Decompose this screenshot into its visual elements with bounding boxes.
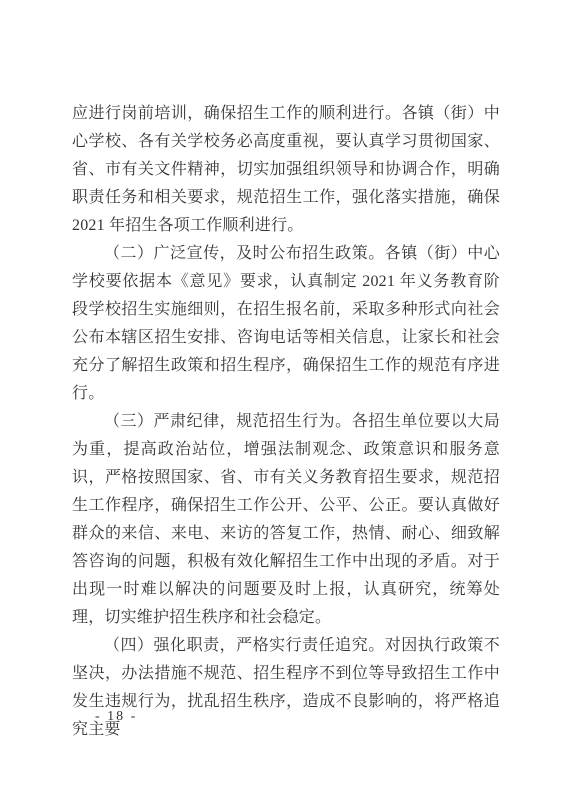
paragraph-continuation: 应进行岗前培训，确保招生工作的顺利进行。各镇（街）中心学校、各有关学校务必高度重… (72, 100, 500, 240)
paragraph-item-4: （四）强化职责，严格实行责任追究。对因执行政策不坚决，办法措施不规范、招生程序不… (72, 632, 500, 744)
document-body: 应进行岗前培训，确保招生工作的顺利进行。各镇（街）中心学校、各有关学校务必高度重… (72, 100, 500, 744)
paragraph-item-2: （二）广泛宣传，及时公布招生政策。各镇（街）中心学校要依据本《意见》要求，认真制… (72, 240, 500, 408)
paragraph-item-3: （三）严肃纪律，规范招生行为。各招生单位要以大局为重，提高政治站位，增强法制观念… (72, 408, 500, 632)
document-page: 应进行岗前培训，确保招生工作的顺利进行。各镇（街）中心学校、各有关学校务必高度重… (0, 0, 566, 800)
page-number: - 18 - (95, 708, 137, 726)
